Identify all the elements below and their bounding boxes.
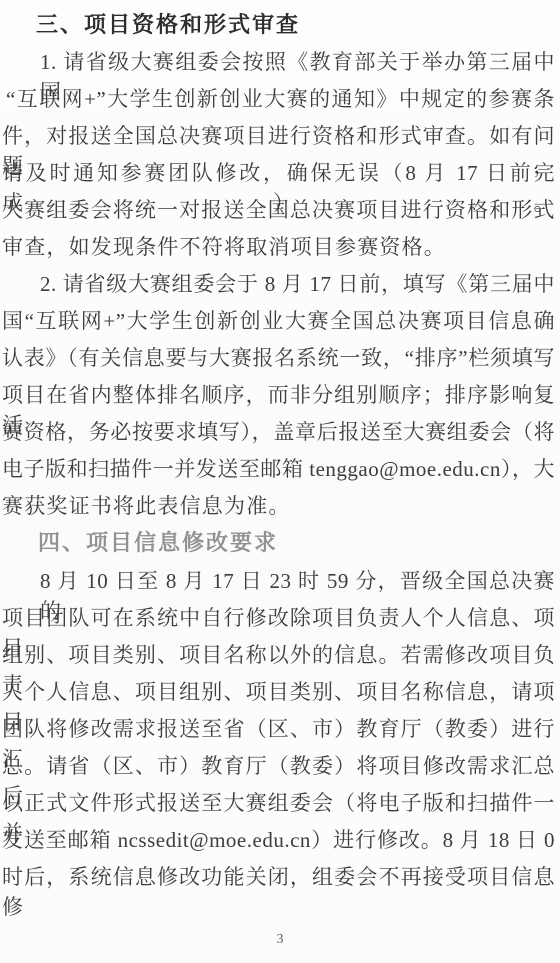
body-line: 认表》（有关信息要与大赛报名系统一致，“排序”栏须填写 [2, 343, 555, 373]
body-line: 国“互联网+”大学生创新创业大赛全国总决赛项目信息确 [2, 306, 555, 336]
body-line: 8 月 10 日至 8 月 17 日 23 时 59 分，晋级全国总决赛的 [40, 566, 555, 596]
body-line: 总。请省（区、市）教育厅（教委）将项目修改需求汇总后 [2, 751, 555, 781]
body-line: 项目在省内整体排名顺序，而非分组别顺序；排序影响复活 [2, 380, 555, 410]
section-heading-4: 四、项目信息修改要求 [38, 528, 558, 558]
body-line-with-email: 发送至邮箱 ncssedit@moe.edu.cn）进行修改。8 月 18 日 … [2, 825, 555, 855]
body-line: 组别、项目类别、项目名称以外的信息。若需修改项目负责 [2, 640, 555, 670]
page-number: 3 [0, 932, 560, 948]
body-line: 1. 请省级大赛组委会按照《教育部关于举办第三届中国 [40, 47, 555, 77]
body-line: 团队将修改需求报送至省（区、市）教育厅（教委）进行汇 [2, 714, 555, 744]
body-line: 赛资格，务必按要求填写），盖章后报送至大赛组委会（将 [2, 417, 555, 447]
body-line: 大赛组委会将统一对报送全国总决赛项目进行资格和形式 [2, 195, 555, 225]
body-line: 审查，如发现条件不符将取消项目参赛资格。 [2, 232, 555, 262]
section-heading-3: 三、项目资格和形式审查 [36, 10, 556, 40]
body-line-with-email: 电子版和扫描件一并发送至邮箱 tenggao@moe.edu.cn），大 [2, 454, 555, 484]
body-line: 项目团队可在系统中自行修改除项目负责人个人信息、项目 [2, 603, 555, 633]
body-line: 件，对报送全国总决赛项目进行资格和形式审查。如有问题， [2, 121, 555, 151]
body-line: 时后，系统信息修改功能关闭，组委会不再接受项目信息修 [2, 862, 555, 892]
body-line: 赛获奖证书将此表信息为准。 [2, 491, 555, 521]
body-line: 请及时通知参赛团队修改，确保无误（8 月 17 日前完成）。 [2, 158, 555, 188]
body-line: 以正式文件形式报送至大赛组委会（将电子版和扫描件一并 [2, 788, 555, 818]
body-line: 人个人信息、项目组别、项目类别、项目名称信息，请项目 [2, 677, 555, 707]
body-line: “互联网+”大学生创新创业大赛的通知》中规定的参赛条 [6, 84, 555, 114]
document-page: 三、项目资格和形式审查 1. 请省级大赛组委会按照《教育部关于举办第三届中国 “… [0, 0, 560, 963]
body-line: 2. 请省级大赛组委会于 8 月 17 日前，填写《第三届中 [40, 269, 555, 299]
